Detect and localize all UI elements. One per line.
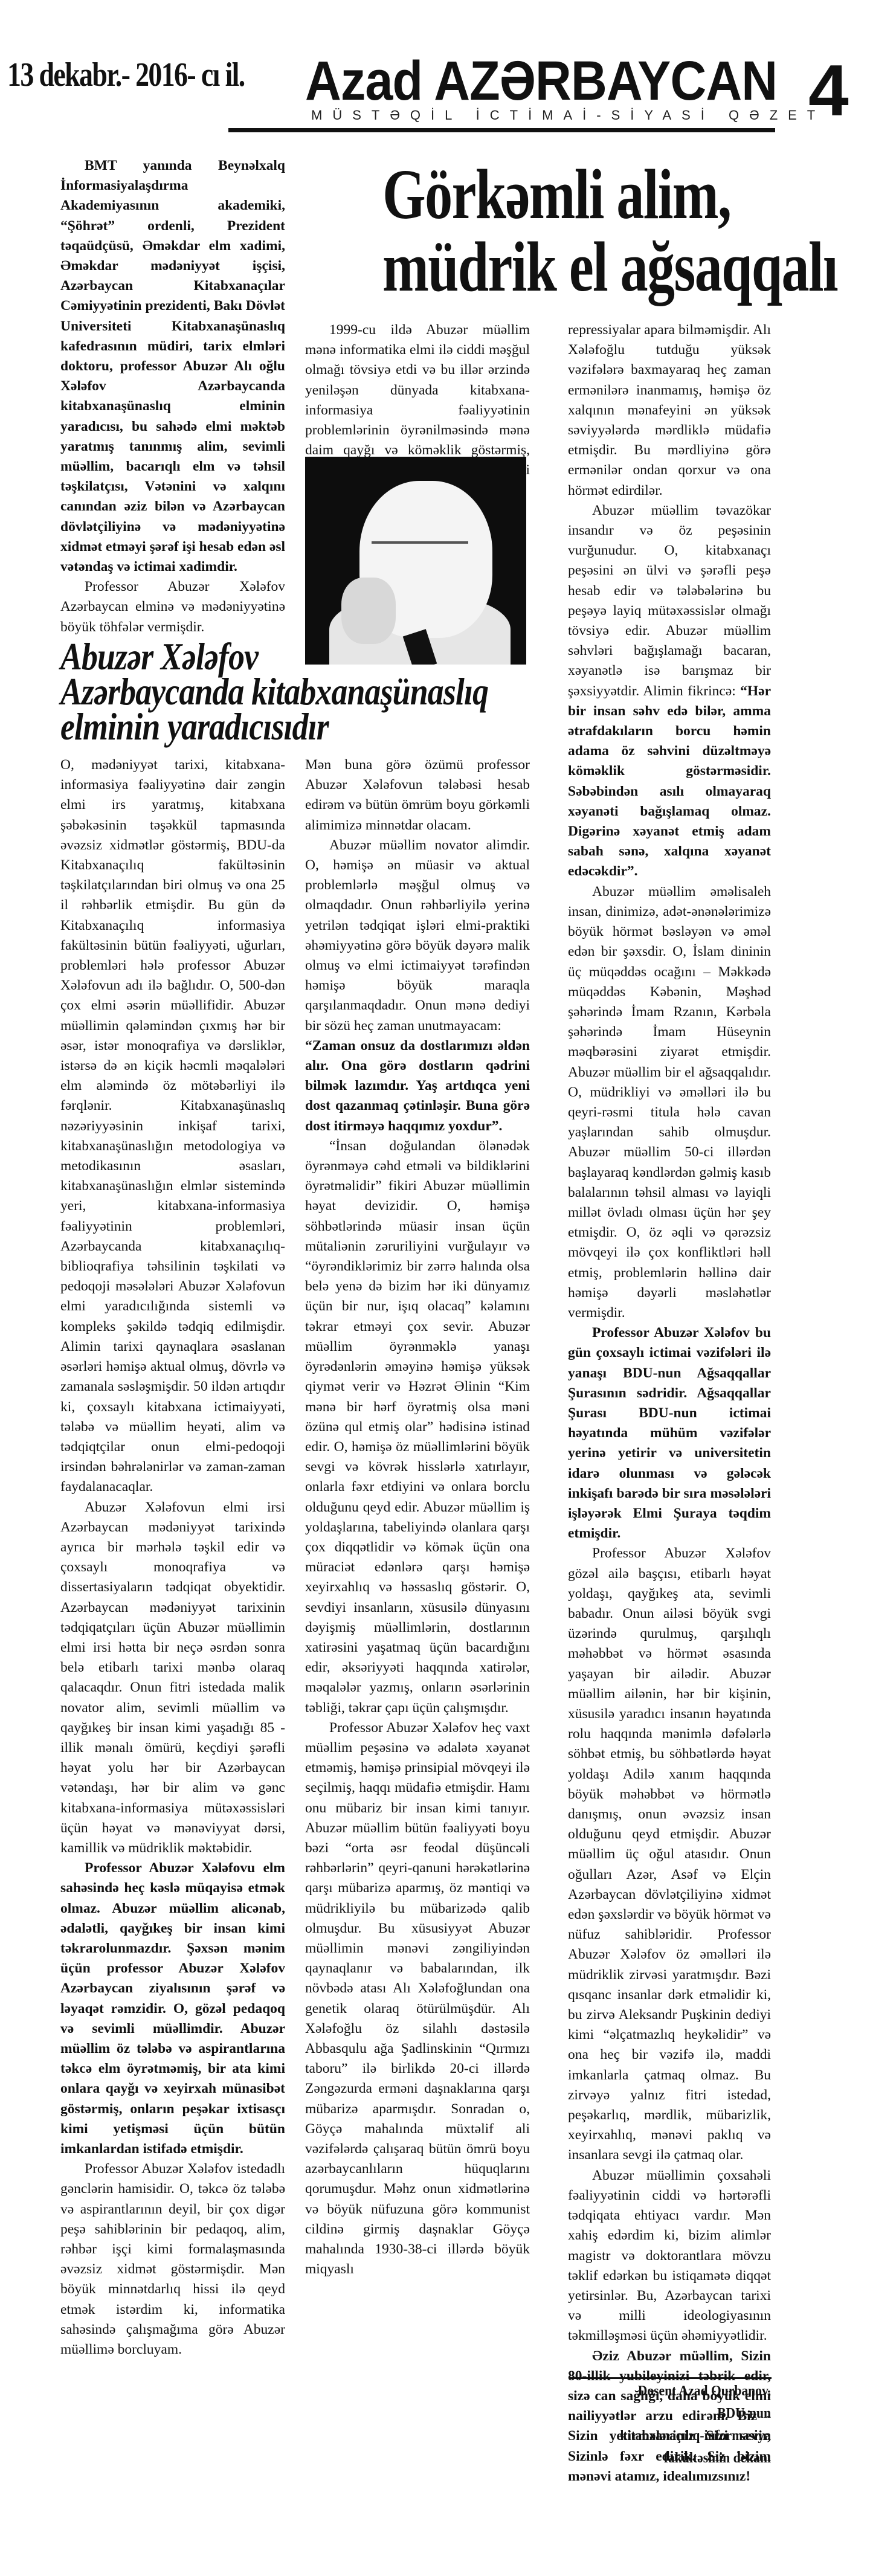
article-headline: Görkəmli alim, müdrik el ağsaqqalı [382,158,717,303]
column-3: repressiyalar apara bilməmişdir. Alı Xəl… [568,320,771,2487]
headline-line-1: Görkəmli alim, [382,158,717,231]
paragraph: Mən buna görə özümü professor Abuzər Xəl… [305,755,530,836]
paragraph: repressiyalar apara bilməmişdir. Alı Xəl… [568,320,771,501]
paragraph: O, mədəniyyət tarixi, kitabxana-informas… [60,755,285,1498]
signature-affiliation: BDU-nun [588,2403,771,2425]
paragraph: “İnsan doğulandan ölənədək öyrənməyə cəh… [305,1136,530,1718]
intro-bold-paragraph: BMT yanında Beynəlxalq İnformasiyalaşdır… [60,156,285,577]
paragraph: Abuzər müəllim təvazökar insandır və öz … [568,501,771,882]
signature-title: fakültəsinin dekanı [588,2447,771,2470]
photo-glasses [372,541,468,544]
signature-rule [569,2377,772,2379]
paragraph-bold: Professor Abuzər Xələfovu elm sahəsində … [60,1858,285,2159]
column-1: O, mədəniyyət tarixi, kitabxana-informas… [60,755,285,2360]
newspaper-masthead: Azad AZƏRBAYCAN [305,53,729,109]
paragraph: Professor Abuzər Xələfov istedadlı gəncl… [60,2159,285,2360]
headline-line-2: müdrik el ağsaqqalı [382,231,717,303]
paragraph: Abuzər müəllim novator alimdir. O, həmiş… [305,836,530,1036]
subheadline-line-2: Azərbaycanda kitabxanaşünaslıq [60,674,462,709]
paragraph: Abuzər müəllim əməlisaleh insan, dinimiz… [568,882,771,1323]
paragraph: Professor Abuzər Xələfov heç vaxt müəlli… [305,1718,530,2280]
quote-bold: “Hər bir insan səhv edə bilər, amma ətra… [568,683,771,880]
article-intro: BMT yanında Beynəlxalq İnformasiyalaşdır… [60,156,285,637]
article-subheadline: Abuzər Xələfov Azərbaycanda kitabxanaşün… [60,639,462,744]
paragraph: Abuzər Xələfovun elmi irsi Azərbaycan mə… [60,1498,285,1859]
author-portrait-photo [305,457,526,665]
masthead-rule [228,128,775,132]
author-signature: Dosent Azad Qurbanov, BDU-nun kitabxanaç… [588,2380,771,2470]
quote-bold: “Zaman onsuz da dostlarımızı əldən alır.… [305,1036,530,1136]
paragraph: Professor Abuzər Xələfov gözəl ailə başç… [568,1544,771,2165]
masthead-subtitle: MÜSTƏQİL İCTİMAİ-SİYASİ QƏZET [311,108,776,123]
signature-name: Dosent Azad Qurbanov, [588,2380,771,2403]
signature-faculty: kitabxanaçılıq-informasiya [588,2425,771,2447]
subheadline-line-3: elminin yaradıcısıdır [60,709,462,744]
intro-paragraph: Professor Abuzər Xələfov Azərbaycan elmi… [60,577,285,637]
paragraph-text: Abuzər müəllim təvazökar insandır və öz … [568,503,771,699]
column-2: Mən buna görə özümü professor Abuzər Xəl… [305,755,530,2279]
paragraph: Abuzər müəllimin çoxsahəli fəaliyyətinin… [568,2166,771,2346]
issue-date: 13 dekabr.- 2016- cı il. [7,56,245,94]
subheadline-line-1: Abuzər Xələfov [60,639,462,674]
photo-hand [341,578,396,644]
page-number: 4 [808,54,849,127]
paragraph-bold: Professor Abuzər Xələfov bu gün çoxsaylı… [568,1323,771,1544]
